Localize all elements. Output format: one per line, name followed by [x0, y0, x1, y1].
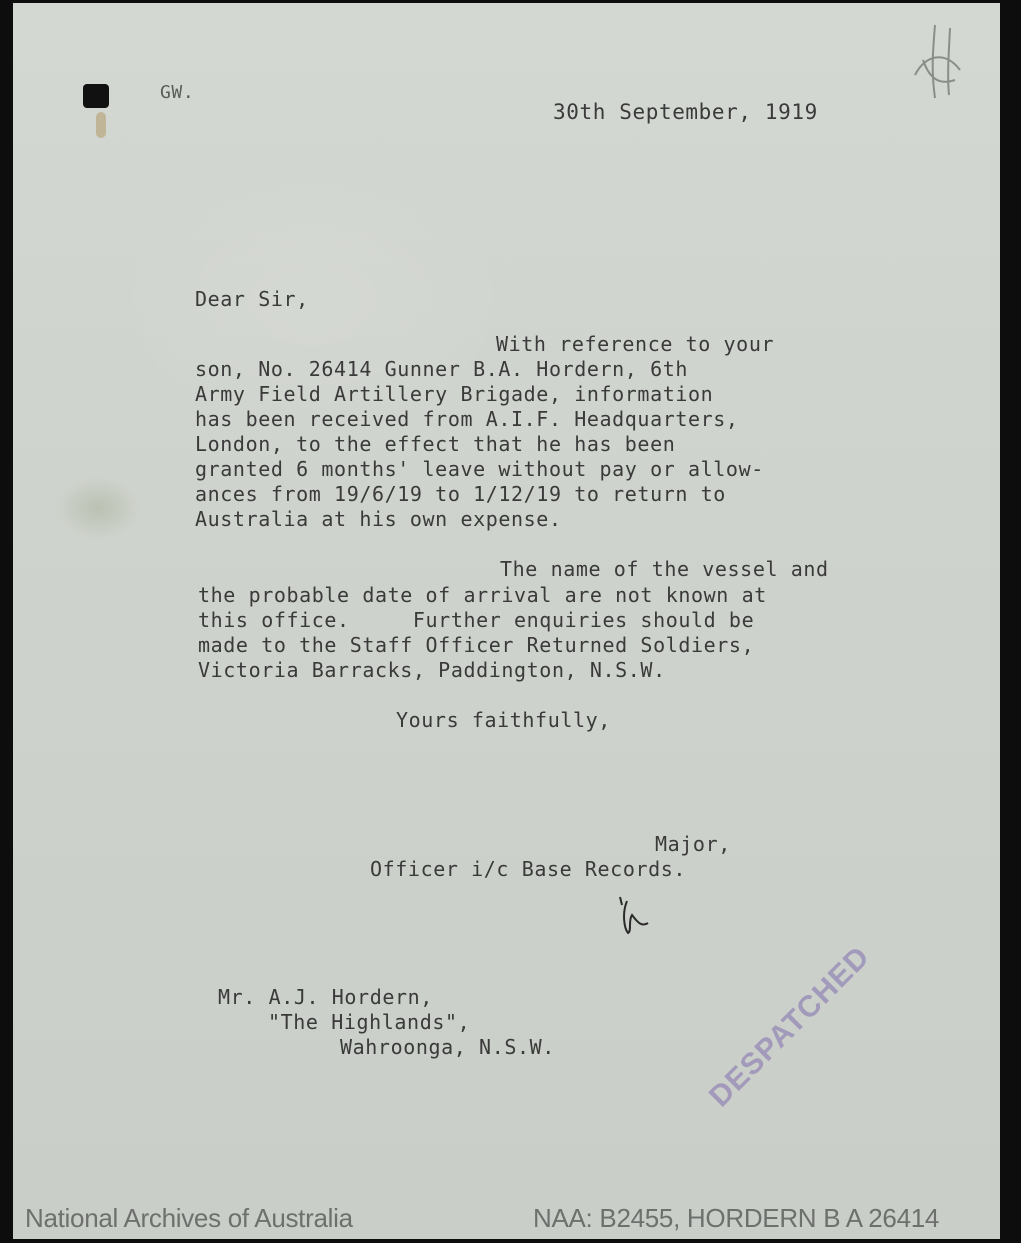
salutation: Dear Sir, — [195, 287, 309, 312]
paragraph-line: made to the Staff Officer Returned Soldi… — [198, 633, 754, 658]
paragraph-line: Australia at his own expense. — [195, 507, 562, 532]
addressee-line: "The Highlands", — [268, 1010, 470, 1035]
paragraph-line: The name of the vessel and — [500, 557, 829, 582]
archive-citation: NAA: B2455, HORDERN B A 26414 — [533, 1203, 939, 1234]
signatory-rank: Major, — [655, 832, 731, 857]
paragraph-line: granted 6 months' leave without pay or a… — [195, 457, 764, 482]
rust-stain — [96, 112, 106, 138]
closing: Yours faithfully, — [396, 708, 611, 733]
addressee-line: Mr. A.J. Hordern, — [218, 985, 433, 1010]
handwritten-initials-icon — [905, 20, 965, 100]
paragraph-line: has been received from A.I.F. Headquarte… — [195, 407, 739, 432]
handwritten-signature-icon — [612, 893, 657, 938]
paragraph-line: ances from 19/6/19 to 1/12/19 to return … — [195, 482, 726, 507]
punch-hole — [83, 84, 109, 108]
letter-date: 30th September, 1919 — [553, 100, 818, 125]
signatory-title: Officer i/c Base Records. — [370, 857, 686, 882]
paragraph-line: the probable date of arrival are not kno… — [198, 583, 767, 608]
paragraph-line: this office. Further enquiries should be — [198, 608, 754, 633]
paragraph-line: Army Field Artillery Brigade, informatio… — [195, 382, 713, 407]
paragraph-line: London, to the effect that he has been — [195, 432, 675, 457]
paragraph-line: With reference to your — [496, 332, 774, 357]
archive-name: National Archives of Australia — [25, 1203, 353, 1234]
addressee-line: Wahroonga, N.S.W. — [340, 1035, 555, 1060]
paragraph-line: Victoria Barracks, Paddington, N.S.W. — [198, 658, 666, 683]
reference-mark: GW. — [160, 80, 194, 105]
paragraph-line: son, No. 26414 Gunner B.A. Hordern, 6th — [195, 357, 688, 382]
